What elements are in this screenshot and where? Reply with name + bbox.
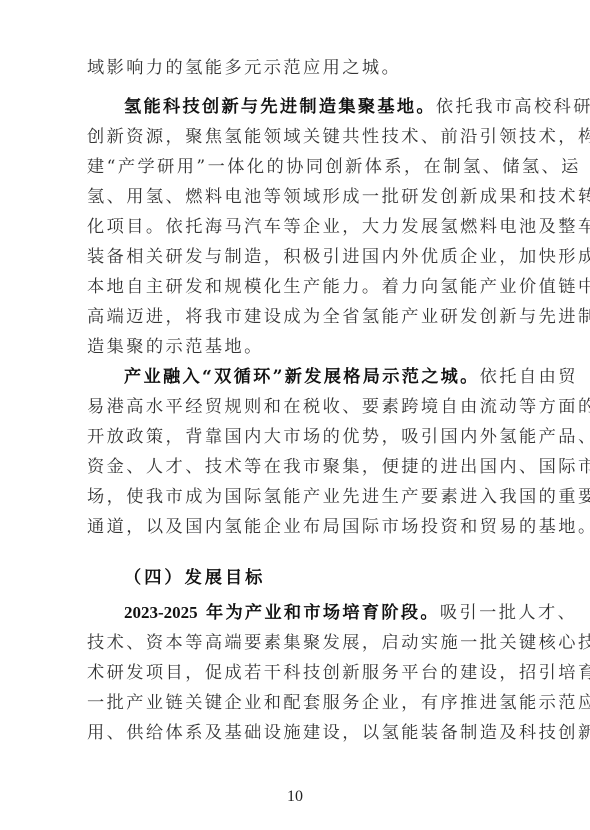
text-line: 用、供给体系及基础设施建设，以氢能装备制造及科技创新 [87, 721, 503, 745]
paragraph-lead-line: 2023-2025 年为产业和市场培育阶段。吸引一批人才、 [124, 601, 503, 625]
text-line: 术研发项目，促成若干科技创新服务平台的建设，招引培育 [87, 661, 503, 685]
text-line: 装备相关研发与制造，积极引进国内外优质企业，加快形成 [87, 245, 503, 269]
text-line: 一批产业链关键企业和配套服务企业，有序推进氢能示范应 [87, 691, 503, 715]
text-line: 域影响力的氢能多元示范应用之城。 [87, 56, 503, 80]
paragraph-lead-line: 氢能科技创新与先进制造集聚基地。依托我市高校科研 [124, 95, 503, 119]
bold-lead: 氢能科技创新与先进制造集聚基地。 [124, 97, 436, 117]
text-line: 通道，以及国内氢能企业布局国际市场投资和贸易的基地。 [87, 515, 503, 539]
paragraph-lead-line: 产业融入“双循环”新发展格局示范之城。依托自由贸 [124, 365, 503, 389]
bold-lead: 年为产业和市场培育阶段。 [198, 603, 440, 623]
page-number: 10 [0, 788, 590, 806]
text-line: 场，使我市成为国际氢能产业先进生产要素进入我国的重要 [87, 485, 503, 509]
text-line: 资金、人才、技术等在我市聚集，便捷的进出国内、国际市 [87, 455, 503, 479]
bold-lead-year: 2023-2025 [124, 603, 198, 622]
bold-lead: 产业融入“双循环”新发展格局示范之城。 [124, 367, 480, 387]
document-page: 域影响力的氢能多元示范应用之城。 氢能科技创新与先进制造集聚基地。依托我市高校科… [0, 0, 590, 830]
text-line: 开放政策，背靠国内大市场的优势，吸引国内外氢能产品、 [87, 425, 503, 449]
text-line: 高端迈进，将我市建设成为全省氢能产业研发创新与先进制 [87, 305, 503, 329]
text-line: 本地自主研发和规模化生产能力。着力向氢能产业价值链中 [87, 275, 503, 299]
text-line: 易港高水平经贸规则和在税收、要素跨境自由流动等方面的 [87, 395, 503, 419]
text-line: 技术、资本等高端要素集聚发展，启动实施一批关键核心技 [87, 631, 503, 655]
section-heading: （四）发展目标 [124, 566, 540, 590]
text-line: 创新资源，聚焦氢能领域关键共性技术、前沿引领技术，构 [87, 125, 503, 149]
text-span: 依托自由贸 [480, 367, 578, 387]
text-line: 建“产学研用”一体化的协同创新体系，在制氢、储氢、运 [87, 155, 503, 179]
text-line: 造集聚的示范基地。 [87, 335, 503, 359]
text-span: 吸引一批人才、 [440, 603, 577, 623]
text-line: 化项目。依托海马汽车等企业，大力发展氢燃料电池及整车 [87, 215, 503, 239]
text-line: 氢、用氢、燃料电池等领域形成一批研发创新成果和技术转 [87, 185, 503, 209]
text-span: 依托我市高校科研 [436, 97, 590, 117]
